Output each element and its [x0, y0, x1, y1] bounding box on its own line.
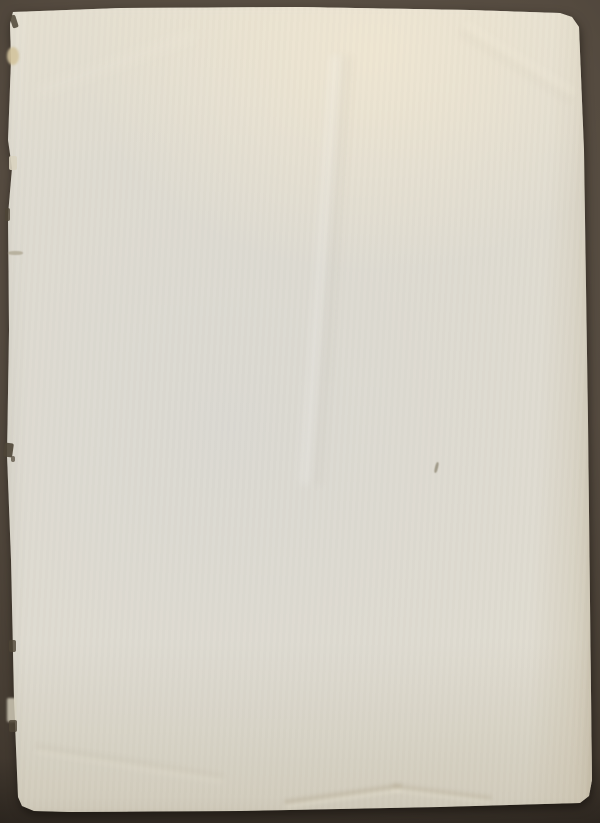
photo-of-blank-page: Photograph of a completely blank, aged c… — [0, 0, 600, 823]
paper-shadow-wrap — [0, 0, 600, 823]
paper-crease-center — [271, 53, 371, 487]
paper-crease-bottom-left — [282, 770, 403, 816]
paper-sheet — [0, 0, 600, 823]
paper-crease-top-right — [444, 0, 597, 126]
paper-crease-bottom-right — [391, 770, 494, 812]
paper-crease-lower-left — [33, 727, 226, 792]
paper-crease-top-left — [20, 0, 211, 130]
